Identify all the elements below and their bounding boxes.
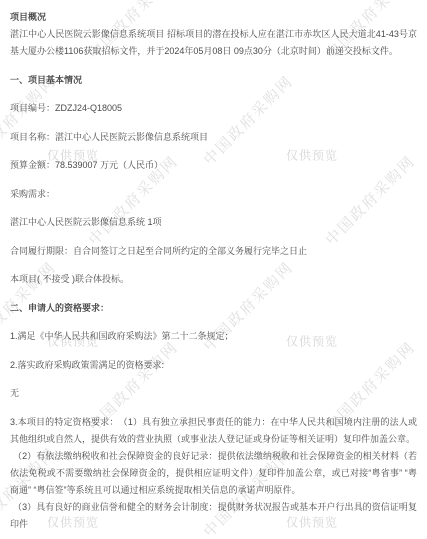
document-paragraph: 预算金额：78.539007 万元（人民币）	[10, 157, 417, 174]
document-paragraph: 湛江中心人民医院云影像信息系统项目 招标项目的潜在投标人应在湛江市赤坎区人民大道…	[10, 26, 417, 60]
document-page: 中国政府采购网中国政府采购网中国政府采购网中国政府采购网中国政府采购网中国政府采…	[0, 0, 427, 539]
document-paragraph: （2）有依法缴纳税收和社会保障资金的良好记录：提供依法缴纳税收和社会保障资金的相…	[10, 448, 417, 499]
document-heading: 项目概况	[10, 9, 417, 26]
document-paragraph: 本项目( 不接受 )联合体投标。	[10, 271, 417, 288]
document-paragraph: 项目名称：湛江中心人民医院云影像信息系统项目	[10, 129, 417, 146]
document-heading: 一、项目基本情况	[10, 72, 417, 89]
document-paragraph: 1.满足《中华人民共和国政府采购法》第二十二条规定；	[10, 328, 417, 345]
document-paragraph: 无	[10, 385, 417, 402]
document-paragraph: 采购需求：	[10, 186, 417, 203]
document-paragraph: 合同履行期限：自合同签订之日起至合同所约定的全部义务履行完毕之日止	[10, 243, 417, 260]
document-paragraph: 2.落实政府采购政策需满足的资格要求:	[10, 357, 417, 374]
document-paragraph: 3.本项目的特定资格要求： （1）具有独立承担民事责任的能力：在中华人民共和国境…	[10, 414, 417, 448]
document-content: 项目概况湛江中心人民医院云影像信息系统项目 招标项目的潜在投标人应在湛江市赤坎区…	[0, 0, 427, 539]
document-paragraph: 项目编号：ZDZJ24-Q18005	[10, 100, 417, 117]
document-heading: 二、申请人的资格要求：	[10, 300, 417, 317]
document-paragraph: 湛江中心人民医院云影像信息系统 1项	[10, 214, 417, 231]
document-paragraph: （3）具有良好的商业信誉和健全的财务会计制度：提供财务状况报告或基本开户行出具的…	[10, 499, 417, 533]
